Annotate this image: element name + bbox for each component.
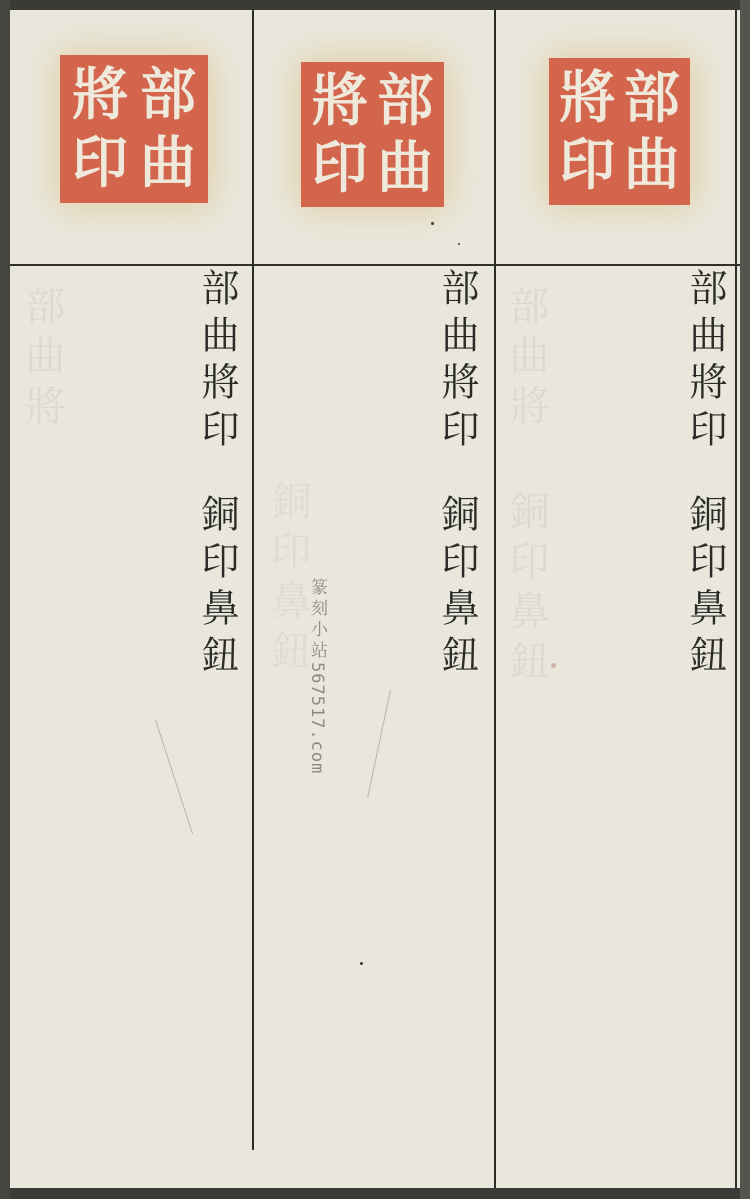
paper-speck <box>360 962 363 965</box>
seal-cell-3: 部 曲 將 印 <box>496 10 735 264</box>
seal-row-divider <box>10 264 740 266</box>
paper-speck <box>458 243 460 245</box>
frame-border-left <box>0 0 10 1199</box>
seal-char: 印 <box>307 135 373 202</box>
seal-char: 曲 <box>373 135 439 202</box>
watermark: 篆刻小站 567517.com <box>306 578 328 774</box>
seal-title-1: 部曲將印 <box>198 268 236 456</box>
seal-char: 將 <box>307 68 373 135</box>
frame-border-bottom <box>0 1188 750 1199</box>
show-through-title: 部曲將 <box>506 285 546 435</box>
paper-speck <box>551 663 556 668</box>
paper-scratch <box>367 690 391 798</box>
seal-char: 部 <box>373 68 439 135</box>
seal-note-1: 銅印鼻鈕 <box>198 494 236 682</box>
seal-impression-1: 部 曲 將 印 <box>60 55 208 203</box>
seal-title-3: 部曲將印 <box>686 268 724 456</box>
seal-char: 印 <box>555 132 620 200</box>
seal-note-3: 銅印鼻鈕 <box>686 494 724 682</box>
frame-border-right <box>740 0 750 1199</box>
show-through-middle: 銅印鼻鈕 <box>268 480 308 680</box>
paper-speck <box>431 222 434 225</box>
seal-char: 將 <box>555 64 620 132</box>
seal-char: 曲 <box>134 129 202 197</box>
show-through-note: 銅印鼻鈕 <box>506 490 546 690</box>
watermark-url: 567517.com <box>306 662 328 774</box>
seal-impression-2: 部 曲 將 印 <box>301 62 444 207</box>
seal-char: 部 <box>620 64 685 132</box>
seal-char: 將 <box>66 61 134 129</box>
frame-inner-rule-right <box>735 10 737 1188</box>
watermark-site-name: 篆刻小站 <box>306 578 328 662</box>
seal-impression-3: 部 曲 將 印 <box>549 58 690 205</box>
seal-char: 印 <box>66 129 134 197</box>
frame-border-top <box>0 0 750 10</box>
seal-title-2: 部曲將印 <box>438 268 476 456</box>
seal-char: 曲 <box>620 132 685 200</box>
seal-cell-2: 部 曲 將 印 <box>254 10 494 264</box>
paper-scratch <box>155 720 193 834</box>
seal-char: 部 <box>134 61 202 129</box>
album-page: 部曲將 銅印鼻鈕 部曲將 銅印鼻鈕 部 曲 將 印 部 曲 將 印 部 曲 將 … <box>0 0 750 1199</box>
show-through-left: 部曲將 <box>22 285 62 435</box>
seal-note-2: 銅印鼻鈕 <box>438 494 476 682</box>
seal-cell-1: 部 曲 將 印 <box>10 10 252 264</box>
